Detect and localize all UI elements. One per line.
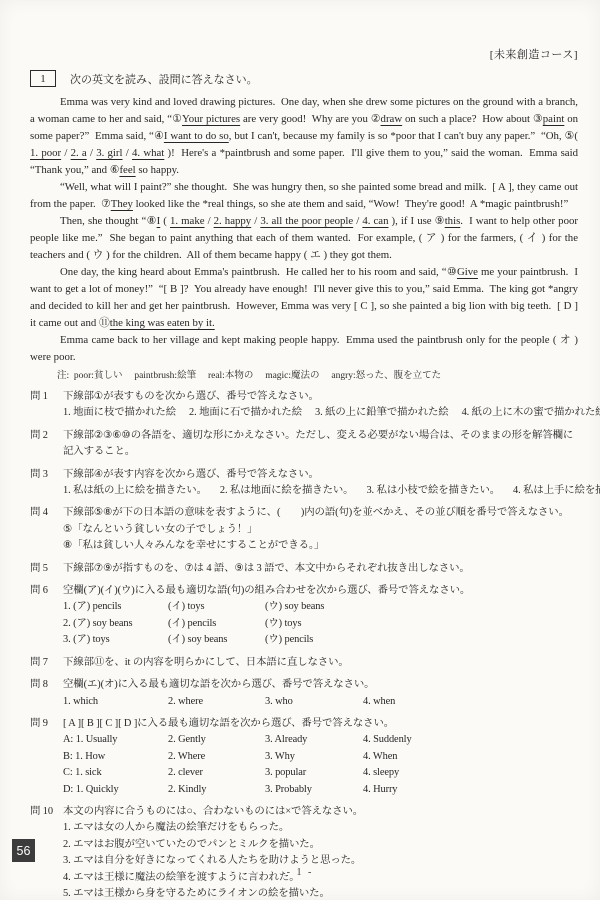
underlined-phrase: 1. poor (30, 147, 61, 159)
underlined-phrase: 2. a (71, 147, 87, 159)
question-text: 空欄(エ)(オ)に入る最も適切な語を次から選び、番号で答えなさい。 (63, 677, 578, 693)
option: 3. 紙の上に鉛筆で描かれた絵 (315, 407, 449, 418)
question-label: 問 4 (30, 505, 63, 554)
page-badge: 56 (12, 839, 35, 862)
underlined-phrase: Give (457, 266, 478, 278)
option: (ウ) toys (265, 616, 363, 632)
option: (イ) soy beans (168, 632, 265, 648)
question-label: 問 2 (30, 428, 63, 461)
question-5: 問 5 下線部⑦⑨が指すものを、⑦は 4 語、⑨は 3 語で、本文中からそれぞれ… (30, 561, 578, 577)
passage-text: / (123, 147, 132, 159)
passage-text: ( (160, 215, 170, 227)
option: 3. Probably (265, 782, 363, 798)
question-options: 1. 地面に枝で描かれた絵2. 地面に石で描かれた絵3. 紙の上に鉛筆で描かれた… (63, 405, 578, 421)
option: (イ) pencils (168, 616, 265, 632)
question-7: 問 7 下線部⑪を、it の内容を明らかにして、日本語に直しなさい。 (30, 655, 578, 671)
vocabulary-notes: 注: poor:貧しい paintbrush:絵筆 real:本物の magic… (57, 369, 578, 383)
question-3: 問 3 下線部④が表す内容を次から選び、番号で答えなさい。 1. 私は紙の上に絵… (30, 467, 578, 500)
option: 3. 私は小枝で絵を描きたい。 (366, 485, 500, 496)
option: C: 1. sick (63, 765, 168, 781)
option: 1. 私は紙の上に絵を描きたい。 (63, 485, 207, 496)
question-text: 空欄(ア)(イ)(ウ)に入る最も適切な語(句)の組み合わせを次から選び、番号で答… (63, 583, 578, 599)
option: 2. 私は地面に絵を描きたい。 (220, 485, 354, 496)
passage-text: so happy. (136, 164, 179, 176)
option-row: 2. (ア) soy beans (イ) pencils (ウ) toys (63, 616, 578, 632)
underlined-phrase: I want to do so (164, 130, 229, 142)
option: 2. where (168, 694, 265, 710)
passage-paragraph: Emma was very kind and loved drawing pic… (30, 94, 578, 179)
option: D: 1. Quickly (63, 782, 168, 798)
question-10: 問 10 本文の内容に合うものには○、合わないものには×で答えなさい。 1. エ… (30, 804, 578, 900)
option: 2. Gently (168, 732, 265, 748)
page-number: - 1 - (0, 867, 600, 878)
option: 3. Why (265, 749, 363, 765)
question-subline: ⑤「なんという貧しい女の子でしょう！」 (63, 522, 578, 538)
option: 2. Kindly (168, 782, 265, 798)
question-label: 問 3 (30, 467, 63, 500)
option: (ウ) soy beans (265, 599, 363, 615)
passage-paragraph: Then, she thought “⑧I ( 1. make / 2. hap… (30, 213, 578, 264)
question-text: 下線部②③⑥⑩の各語を、適切な形にかえなさい。ただし、変える必要がない場合は、そ… (63, 428, 578, 461)
passage-text: looked like the *real things, so she ate… (133, 198, 568, 210)
question-6: 問 6 空欄(ア)(イ)(ウ)に入る最も適切な語(句)の組み合わせを次から選び、… (30, 583, 578, 649)
question-1: 問 1 下線部①が表すものを次から選び、番号で答えなさい。 1. 地面に枝で描か… (30, 389, 578, 422)
passage-text: One day, the king heard about Emma's pai… (60, 266, 457, 278)
course-header: [未来創造コース] (0, 0, 600, 62)
question-label: 問 1 (30, 389, 63, 422)
option-row: 1. (ア) pencils (イ) toys (ウ) soy beans (63, 599, 578, 615)
underlined-phrase: draw (381, 113, 403, 125)
passage-paragraph: Emma came back to her village and kept m… (30, 332, 578, 366)
question-text: 下線部⑪を、it の内容を明らかにして、日本語に直しなさい。 (63, 655, 578, 671)
underlined-phrase: 2. happy (214, 215, 252, 227)
question-label: 問 8 (30, 677, 63, 710)
passage-text: Emma came back to her village and kept m… (30, 334, 581, 363)
statement-item: 2. エマはお腹が空いていたのでパンとミルクを描いた。 (63, 837, 578, 853)
underlined-phrase: 3. all the poor people (260, 215, 353, 227)
underlined-phrase: paint (543, 113, 565, 125)
underlined-phrase: 4. can (362, 215, 388, 227)
question-options: 1. 私は紙の上に絵を描きたい。2. 私は地面に絵を描きたい。3. 私は小枝で絵… (63, 483, 578, 499)
option: 1. which (63, 694, 168, 710)
section-number-box: 1 (30, 70, 56, 87)
question-label: 問 5 (30, 561, 63, 577)
passage-text: Then, she thought “⑧ (60, 215, 157, 227)
question-text: 下線部⑤⑧が下の日本語の意味を表すように、( )内の語(句)を並べかえ、その並び… (63, 505, 578, 521)
option: 4. 私は上手に絵を描きたい。 (513, 485, 600, 496)
option: 2. clever (168, 765, 265, 781)
underlined-phrase: feel (119, 164, 135, 176)
option: 2. (ア) soy beans (63, 616, 168, 632)
option: 3. Already (265, 732, 363, 748)
passage-text: are very good! Why are you ② (240, 113, 380, 125)
passage-text: ), if I use ⑨ (388, 215, 444, 227)
underlined-phrase: 4. what (132, 147, 164, 159)
statement-item: 1. エマは女の人から魔法の絵筆だけをもらった。 (63, 820, 578, 836)
question-subline: ⑧「私は貧しい人々みんなを幸せにすることができる。」 (63, 538, 578, 554)
question-text: 下線部①が表すものを次から選び、番号で答えなさい。 (63, 389, 578, 405)
underlined-phrase: 3. girl (96, 147, 122, 159)
question-4: 問 4 下線部⑤⑧が下の日本語の意味を表すように、( )内の語(句)を並べかえ、… (30, 505, 578, 554)
reading-passage: Emma was very kind and loved drawing pic… (30, 94, 578, 366)
option: 4. Suddenly (363, 732, 578, 748)
option: 3. (ア) toys (63, 632, 168, 648)
statement-item: 5. エマは王様から身を守るためにライオンの絵を描いた。 (63, 886, 578, 900)
question-label: 問 7 (30, 655, 63, 671)
option: (ウ) pencils (265, 632, 363, 648)
passage-text: on such a place? How about ③ (402, 113, 543, 125)
question-label: 問 6 (30, 583, 63, 649)
option: 2. Where (168, 749, 265, 765)
passage-text: / (87, 147, 96, 159)
question-text: 下線部④が表す内容を次から選び、番号で答えなさい。 (63, 467, 578, 483)
option: 2. 地面に石で描かれた絵 (189, 407, 302, 418)
question-2: 問 2 下線部②③⑥⑩の各語を、適切な形にかえなさい。ただし、変える必要がない場… (30, 428, 578, 461)
option: A: 1. Usually (63, 732, 168, 748)
passage-text: / (251, 215, 260, 227)
option-row: B: 1. How 2. Where 3. Why 4. When (63, 749, 578, 765)
option: 4. sleepy (363, 765, 578, 781)
option-row: 1. which 2. where 3. who 4. when (63, 694, 578, 710)
section-instruction: 次の英文を読み、設問に答えなさい。 (70, 71, 258, 87)
question-8: 問 8 空欄(エ)(オ)に入る最も適切な語を次から選び、番号で答えなさい。 1.… (30, 677, 578, 710)
underlined-phrase: 1. make (170, 215, 205, 227)
option: 1. 地面に枝で描かれた絵 (63, 407, 176, 418)
option: 3. popular (265, 765, 363, 781)
exam-page: [未来創造コース] 1 次の英文を読み、設問に答えなさい。 Emma was v… (0, 0, 600, 900)
passage-text: , but I can't, because my family is so *… (229, 130, 581, 142)
underlined-phrase: Your pictures (182, 113, 240, 125)
underlined-phrase: They (111, 198, 133, 210)
question-label: 問 9 (30, 716, 63, 798)
questions-section: 問 1 下線部①が表すものを次から選び、番号で答えなさい。 1. 地面に枝で描か… (30, 389, 578, 900)
option: 1. (ア) pencils (63, 599, 168, 615)
option: 4. 紙の上に木の蜜で描かれた絵 (462, 407, 600, 418)
option-row: D: 1. Quickly 2. Kindly 3. Probably 4. H… (63, 782, 578, 798)
question-text: 本文の内容に合うものには○、合わないものには×で答えなさい。 (63, 804, 578, 820)
passage-paragraph: “Well, what will I paint?” she thought. … (30, 179, 578, 213)
option: (イ) toys (168, 599, 265, 615)
option: B: 1. How (63, 749, 168, 765)
option-row: C: 1. sick 2. clever 3. popular 4. sleep… (63, 765, 578, 781)
underlined-phrase: the king was eaten by it. (110, 317, 215, 329)
option: 4. when (363, 694, 578, 710)
passage-text: / (61, 147, 70, 159)
underlined-phrase: this (445, 215, 461, 227)
question-9: 問 9 [ A ][ B ][ C ][ D ]に入る最も適切な語を次から選び、… (30, 716, 578, 798)
passage-text: / (205, 215, 214, 227)
passage-text: / (353, 215, 362, 227)
option: 3. who (265, 694, 363, 710)
option-row: 3. (ア) toys (イ) soy beans (ウ) pencils (63, 632, 578, 648)
option-row: A: 1. Usually 2. Gently 3. Already 4. Su… (63, 732, 578, 748)
option: 4. When (363, 749, 578, 765)
question-text: [ A ][ B ][ C ][ D ]に入る最も適切な語を次から選び、番号で答… (63, 716, 578, 732)
question-text: 下線部⑦⑨が指すものを、⑦は 4 語、⑨は 3 語で、本文中からそれぞれ抜き出し… (63, 561, 578, 577)
option: 4. Hurry (363, 782, 578, 798)
section-head: 1 次の英文を読み、設問に答えなさい。 (30, 70, 578, 87)
passage-paragraph: One day, the king heard about Emma's pai… (30, 264, 578, 332)
